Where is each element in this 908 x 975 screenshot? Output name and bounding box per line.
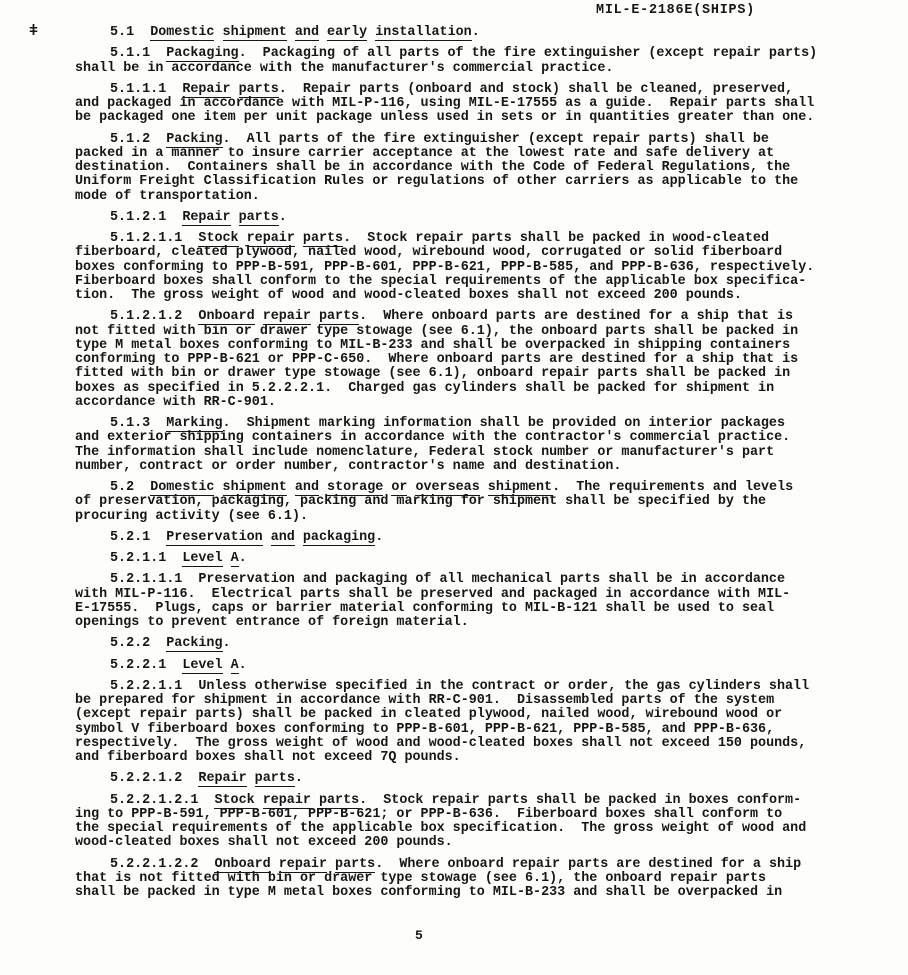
paragraph-number: 5.1 <box>110 25 150 40</box>
paragraph-text: . <box>239 551 247 566</box>
page-number: 5 <box>415 928 423 943</box>
paragraph-text: . <box>223 636 231 651</box>
paragraph-number: 5.1.2.1 <box>110 210 182 225</box>
text-line: 5.1.2 Packing. All parts of the fire ext… <box>75 133 865 147</box>
paragraph-number: 5.2 <box>110 480 150 495</box>
change-marker-icon: ǂ <box>29 25 38 39</box>
paragraph-5.1.1: 5.1.1 Packaging. Packaging of all parts … <box>75 47 865 76</box>
text-line: accordance with RR-C-901. <box>75 396 865 410</box>
text-line: of preservation, packaging, packing and … <box>75 495 865 509</box>
paragraph-5.2.2.1: 5.2.2.1 Level A. <box>75 659 865 673</box>
text-line: ǂ5.1 Domestic shipment and early install… <box>75 26 865 40</box>
document-page: MIL-E-2186E(SHIPS) ǂ5.1 Domestic shipmen… <box>0 0 908 975</box>
text-line: 5.2.2 Packing. <box>75 637 865 651</box>
paragraph-number: 5.1.3 <box>110 416 166 431</box>
paragraph-number: 5.1.1.1 <box>110 82 182 97</box>
paragraph-number: 5.1.2.1.1 <box>110 231 198 246</box>
text-line: number, contract or order number, contra… <box>75 460 865 474</box>
text-line: E-17555. Plugs, caps or barrier material… <box>75 602 865 616</box>
text-line: destination. Containers shall be in acco… <box>75 161 865 175</box>
text-line: (except repair parts) shall be packed in… <box>75 708 865 722</box>
text-line: 5.1.2.1.2 Onboard repair parts. Where on… <box>75 310 865 324</box>
paragraph-text: . All parts of the fire extinguisher (ex… <box>223 132 769 147</box>
text-line: 5.2.1.1 Level A. <box>75 552 865 566</box>
text-line: 5.2.1 Preservation and packaging. <box>75 531 865 545</box>
paragraph-5.2.2.1.1: 5.2.2.1.1 Unless otherwise specified in … <box>75 680 865 766</box>
text-line: 5.1.3 Marking. Shipment marking informat… <box>75 417 865 431</box>
text-line: respectively. The gross weight of wood a… <box>75 737 865 751</box>
paragraph-5.1.3: 5.1.3 Marking. Shipment marking informat… <box>75 417 865 474</box>
paragraph-heading: Preservation and packaging <box>166 530 375 546</box>
paragraph-heading: Onboard repair parts <box>198 309 359 325</box>
paragraph-heading: Packing <box>166 636 222 652</box>
text-line: and exterior shipping containers in acco… <box>75 431 865 445</box>
text-line: mode of transportation. <box>75 190 865 204</box>
paragraph-5.2: 5.2 Domestic shipment and storage or ove… <box>75 481 865 524</box>
paragraph-text: . Packaging of all parts of the fire ext… <box>239 46 818 61</box>
paragraph-heading: Level A <box>182 658 238 674</box>
paragraph-5.2.2: 5.2.2 Packing. <box>75 637 865 651</box>
text-line: The information shall include nomenclatu… <box>75 446 865 460</box>
text-line: Fiberboard boxes shall conform to the sp… <box>75 275 865 289</box>
paragraph-heading: Packaging <box>166 46 238 62</box>
paragraph-5.1.2.1.1: 5.1.2.1.1 Stock repair parts. Stock repa… <box>75 232 865 303</box>
text-line: ing to PPP-B-591, PPP-B-601, PPP-B-621; … <box>75 808 865 822</box>
text-line: and packaged in accordance with MIL-P-11… <box>75 97 865 111</box>
paragraph-number: 5.1.2.1.2 <box>110 309 198 324</box>
text-line: 5.2 Domestic shipment and storage or ove… <box>75 481 865 495</box>
paragraph-heading: Repair parts <box>182 210 278 226</box>
paragraph-text: . <box>279 210 287 225</box>
paragraph-text: . Stock repair parts shall be packed in … <box>359 793 801 808</box>
text-line: and fiberboard boxes shall not exceed 7Q… <box>75 751 865 765</box>
paragraph-5.1: ǂ5.1 Domestic shipment and early install… <box>75 26 865 40</box>
text-line: 5.2.1.1.1 Preservation and packaging of … <box>75 573 865 587</box>
paragraph-5.2.1.1: 5.2.1.1 Level A. <box>75 552 865 566</box>
text-line: that is not fitted with bin or drawer ty… <box>75 872 865 886</box>
text-line: procuring activity (see 6.1). <box>75 510 865 524</box>
paragraph-text: . Repair parts (onboard and stock) shall… <box>279 82 793 97</box>
text-line: boxes conforming to PPP-B-591, PPP-B-601… <box>75 261 865 275</box>
paragraph-text: . Where onboard parts are destined for a… <box>359 309 793 324</box>
text-line: Uniform Freight Classification Rules or … <box>75 175 865 189</box>
text-line: symbol V fiberboard boxes conforming to … <box>75 723 865 737</box>
paragraph-text: Unless otherwise specified in the contra… <box>182 679 809 694</box>
text-line: 5.1.1.1 Repair parts. Repair parts (onbo… <box>75 83 865 97</box>
paragraph-text: . <box>295 771 303 786</box>
text-line: fiberboard, cleated plywood, nailed wood… <box>75 246 865 260</box>
paragraph-text: . <box>239 658 247 673</box>
paragraph-text: . Shipment marking information shall be … <box>223 416 786 431</box>
text-line: fitted with bin or drawer type stowage (… <box>75 367 865 381</box>
text-line: boxes as specified in 5.2.2.2.1. Charged… <box>75 382 865 396</box>
paragraph-number: 5.2.1.1 <box>110 551 182 566</box>
text-line: type M metal boxes conforming to MIL-B-2… <box>75 339 865 353</box>
text-line: 5.2.2.1 Level A. <box>75 659 865 673</box>
text-line: conforming to PPP-B-621 or PPP-C-650. Wh… <box>75 353 865 367</box>
paragraph-5.2.2.1.2.1: 5.2.2.1.2.1 Stock repair parts. Stock re… <box>75 794 865 851</box>
paragraph-text: . <box>472 25 480 40</box>
paragraph-5.1.1.1: 5.1.1.1 Repair parts. Repair parts (onbo… <box>75 83 865 126</box>
text-line: openings to prevent entrance of foreign … <box>75 616 865 630</box>
text-line: 5.1.2.1.1 Stock repair parts. Stock repa… <box>75 232 865 246</box>
paragraph-heading: Domestic shipment and early installation <box>150 25 472 41</box>
text-line: tion. The gross weight of wood and wood-… <box>75 289 865 303</box>
text-line: 5.2.2.1.2.2 Onboard repair parts. Where … <box>75 858 865 872</box>
paragraph-number: 5.2.1 <box>110 530 166 545</box>
paragraph-5.2.1.1.1: 5.2.1.1.1 Preservation and packaging of … <box>75 573 865 630</box>
text-line: shall be in accordance with the manufact… <box>75 62 865 76</box>
text-line: with MIL-P-116. Electrical parts shall b… <box>75 588 865 602</box>
text-line: 5.1.2.1 Repair parts. <box>75 211 865 225</box>
text-line: be prepared for shipment in accordance w… <box>75 694 865 708</box>
paragraph-number: 5.2.2.1.1 <box>110 679 182 694</box>
document-id: MIL-E-2186E(SHIPS) <box>596 3 755 18</box>
text-line: 5.1.1 Packaging. Packaging of all parts … <box>75 47 865 61</box>
paragraph-number: 5.2.1.1.1 <box>110 572 182 587</box>
text-line: not fitted with bin or drawer type stowa… <box>75 325 865 339</box>
paragraph-5.1.2.1.2: 5.1.2.1.2 Onboard repair parts. Where on… <box>75 310 865 410</box>
paragraph-number: 5.2.2 <box>110 636 166 651</box>
paragraph-number: 5.2.2.1.2.2 <box>110 857 214 872</box>
text-line: packed in a manner to insure carrier acc… <box>75 147 865 161</box>
text-line: shall be packed in type M metal boxes co… <box>75 886 865 900</box>
paragraph-5.1.2.1: 5.1.2.1 Repair parts. <box>75 211 865 225</box>
paragraph-5.2.2.1.2.2: 5.2.2.1.2.2 Onboard repair parts. Where … <box>75 858 865 901</box>
paragraph-number: 5.2.2.1 <box>110 658 182 673</box>
paragraph-number: 5.2.2.1.2 <box>110 771 198 786</box>
paragraph-5.1.2: 5.1.2 Packing. All parts of the fire ext… <box>75 133 865 204</box>
paragraph-heading: Level A <box>182 551 238 567</box>
paragraph-text: . <box>375 530 383 545</box>
text-line: 5.2.2.1.2 Repair parts. <box>75 772 865 786</box>
paragraph-text: Preservation and packaging of all mechan… <box>182 572 785 587</box>
paragraph-number: 5.1.2 <box>110 132 166 147</box>
document-body: ǂ5.1 Domestic shipment and early install… <box>75 26 865 907</box>
paragraph-text: . Where onboard repair parts are destine… <box>375 857 801 872</box>
paragraph-number: 5.2.2.1.2.1 <box>110 793 214 808</box>
text-line: 5.2.2.1.1 Unless otherwise specified in … <box>75 680 865 694</box>
paragraph-text: . The requirements and levels <box>552 480 793 495</box>
text-line: 5.2.2.1.2.1 Stock repair parts. Stock re… <box>75 794 865 808</box>
paragraph-5.2.1: 5.2.1 Preservation and packaging. <box>75 531 865 545</box>
text-line: be packaged one item per unit package un… <box>75 111 865 125</box>
text-line: the special requirements of the applicab… <box>75 822 865 836</box>
paragraph-5.2.2.1.2: 5.2.2.1.2 Repair parts. <box>75 772 865 786</box>
paragraph-number: 5.1.1 <box>110 46 166 61</box>
text-line: wood-cleated boxes shall not exceed 200 … <box>75 836 865 850</box>
paragraph-heading: Repair parts <box>198 771 294 787</box>
paragraph-text: . Stock repair parts shall be packed in … <box>343 231 769 246</box>
